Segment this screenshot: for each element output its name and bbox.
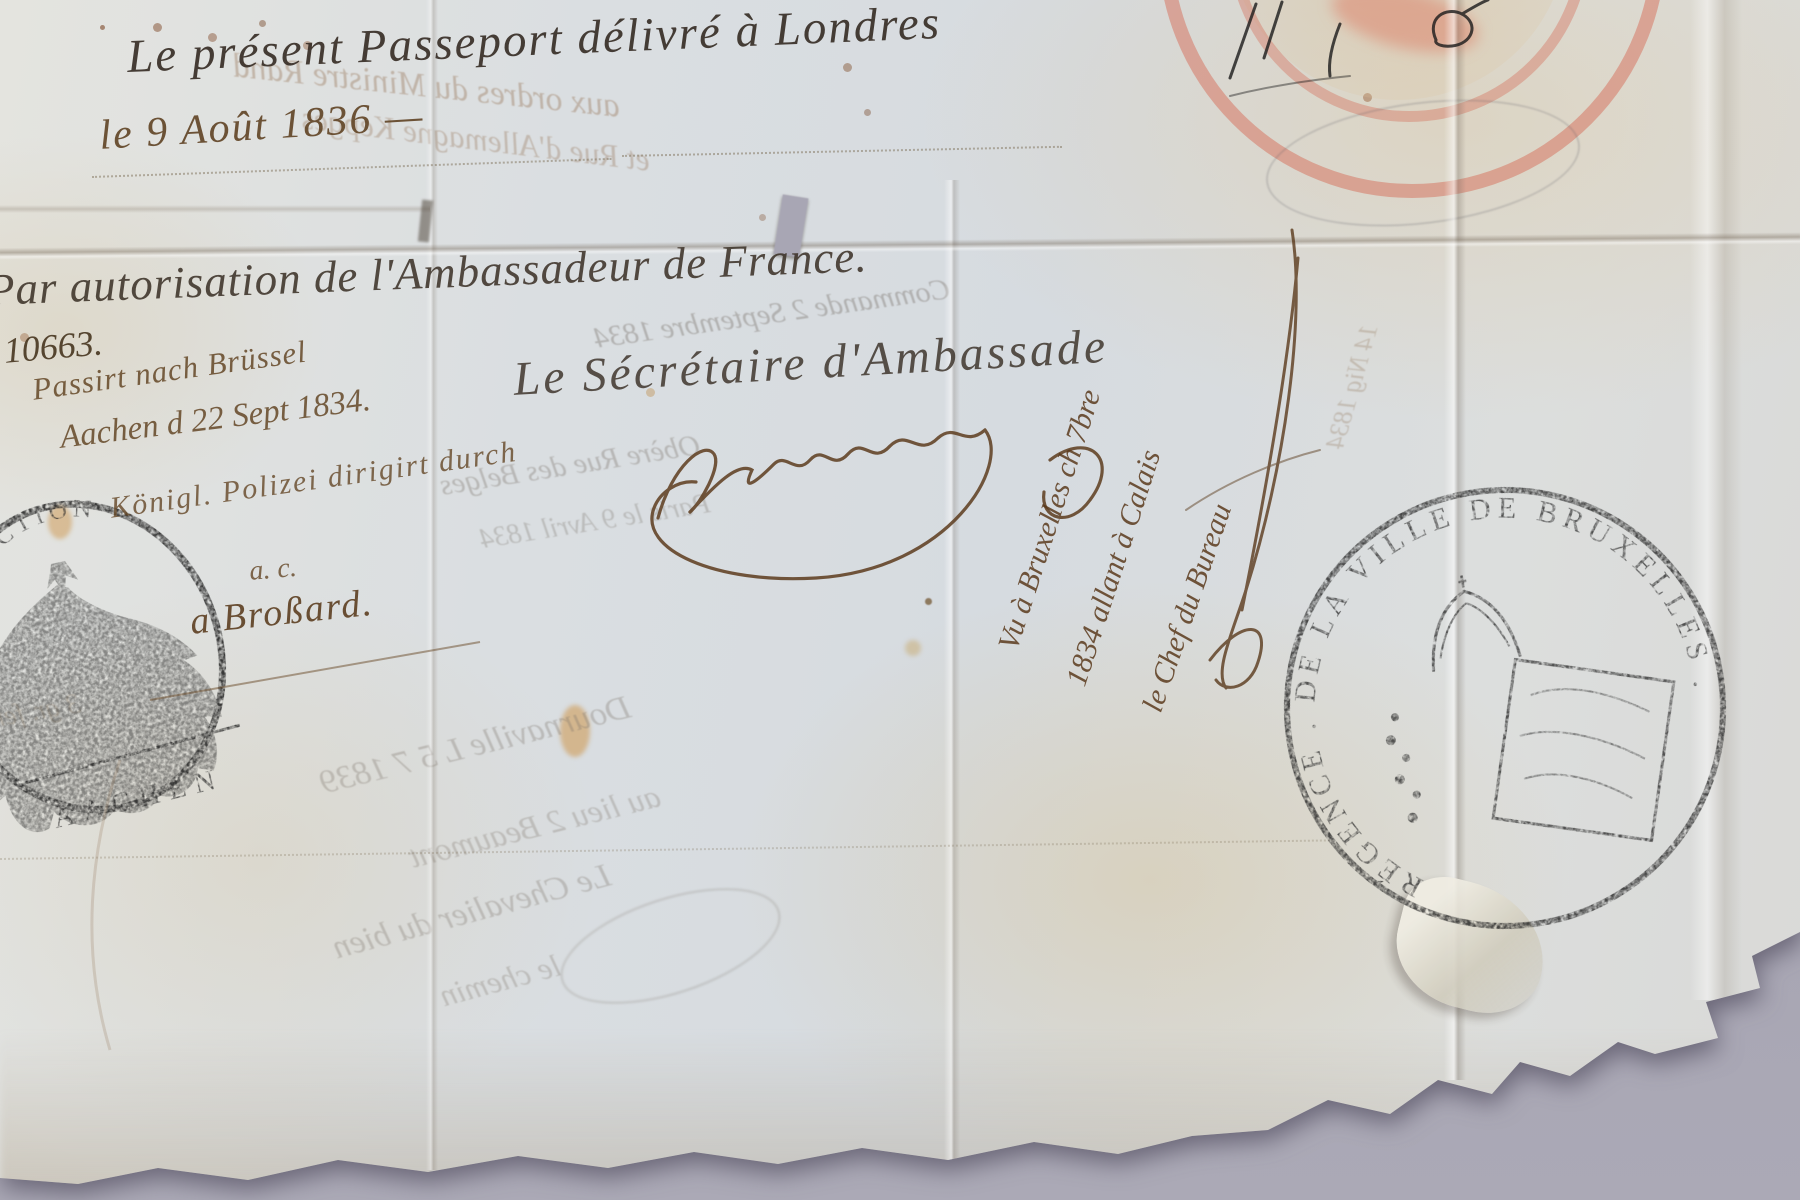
misc-ink-strokes	[0, 0, 1800, 1200]
visa-underline-stroke	[150, 642, 480, 700]
photo-of-passport: aux ordres du Ministre Rand et Rue d'All…	[0, 0, 1800, 1200]
bleedthrough-stroke	[92, 760, 120, 1050]
paper-sheet: aux ordres du Ministre Rand et Rue d'All…	[0, 0, 1800, 1200]
passport-page: aux ordres du Ministre Rand et Rue d'All…	[0, 0, 1800, 1200]
